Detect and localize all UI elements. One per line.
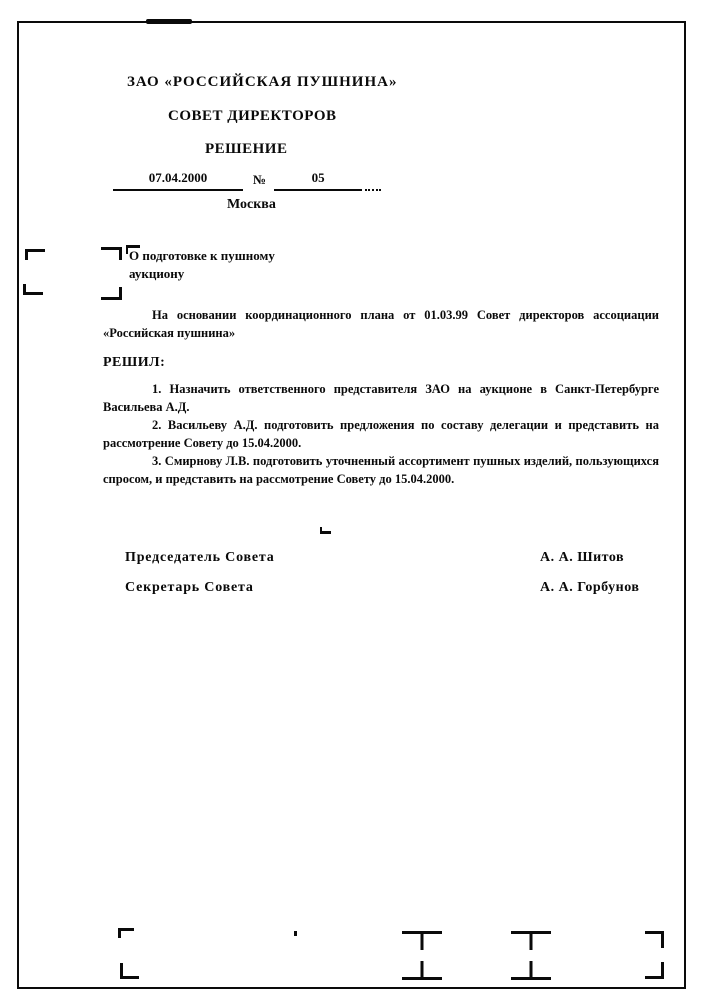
crop-mark-bottom-zone-bottom-right-icon (645, 962, 664, 979)
resolution-item: 2. Васильеву А.Д. подготовить предложени… (103, 416, 659, 452)
scan-artifact-border-blot (146, 19, 192, 24)
number-sign: № (243, 172, 274, 191)
document-subject: О подготовке к пушному аукциону (129, 247, 291, 283)
resolved-label: РЕШИЛ: (103, 355, 165, 371)
document-type-title: РЕШЕНИЕ (205, 141, 287, 158)
signature-title-secretary: Секретарь Совета (125, 580, 254, 596)
preamble-paragraph: На основании координационного плана от 0… (103, 306, 659, 342)
crop-mark-bottom-zone-bottom-left-icon (120, 963, 139, 979)
signature-name-chairman: А. А. Шитов (540, 550, 624, 566)
document-number: 05 (274, 170, 362, 191)
registration-t-mark-bottom-1-icon (402, 957, 442, 980)
crop-mark-top-right-icon (101, 247, 122, 260)
page-border (17, 21, 686, 989)
crop-mark-top-left-icon (25, 249, 45, 260)
resolution-items: 1. Назначить ответственного представител… (103, 380, 659, 488)
scan-artifact-dash (320, 531, 331, 534)
organization-name: ЗАО «РОССИЙСКАЯ ПУШНИНА» (127, 74, 397, 91)
resolution-item: 1. Назначить ответственного представител… (103, 380, 659, 416)
council-name: СОВЕТ ДИРЕКТОРОВ (168, 108, 337, 125)
signature-name-secretary: А. А. Горбунов (540, 580, 639, 596)
crop-mark-bottom-left-icon (23, 284, 43, 295)
registration-t-mark-top-2-icon (511, 931, 551, 954)
registration-t-mark-top-1-icon (402, 931, 442, 954)
city-name: Москва (227, 197, 276, 213)
signature-title-chairman: Председатель Совета (125, 550, 275, 566)
registration-t-mark-bottom-2-icon (511, 957, 551, 980)
document-date: 07.04.2000 (113, 170, 243, 191)
scan-artifact-speck (294, 931, 297, 936)
crop-mark-bottom-right-icon (101, 287, 122, 300)
date-number-line: 07.04.2000 № 05 (113, 170, 381, 191)
underline-tail-mark (365, 175, 381, 191)
crop-mark-bottom-zone-top-right-icon (645, 931, 664, 948)
crop-mark-bottom-zone-top-left-icon (118, 928, 134, 938)
resolution-item: 3. Смирнову Л.В. подготовить уточненный … (103, 452, 659, 488)
